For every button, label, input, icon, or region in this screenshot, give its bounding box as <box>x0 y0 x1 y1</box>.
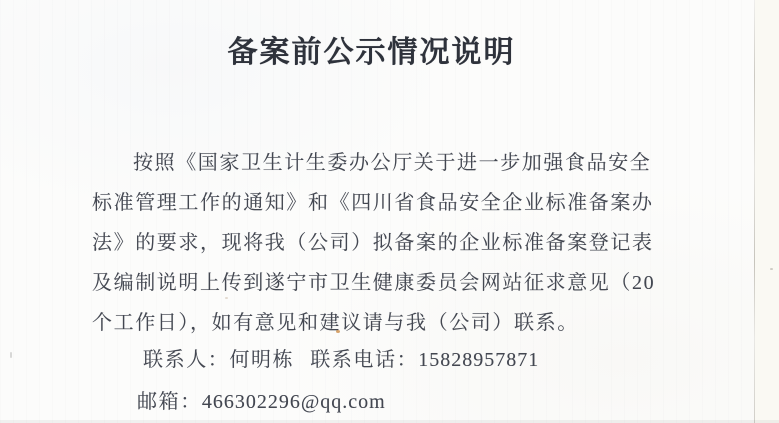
contact-phone-label: 联系电话： <box>310 349 418 371</box>
scan-speck-gray-1 <box>10 352 12 358</box>
document-title: 备案前公示情况说明 <box>0 27 761 71</box>
scan-speck-gray-3 <box>225 297 228 299</box>
paragraph-line-1: 按照《国家卫生计生委办公厅关于进一步加强食品安全 <box>133 146 651 175</box>
paragraph-line-4: 及编制说明上传到遂宁市卫生健康委员会网站征求意见（20 <box>92 266 655 295</box>
contact-phone-number: 15828957871 <box>418 349 539 371</box>
contact-person-name: 何明栋 <box>229 349 294 371</box>
email-label: 邮箱： <box>137 391 202 413</box>
contact-person-label: 联系人： <box>143 349 229 371</box>
scanned-document-page: 备案前公示情况说明 按照《国家卫生计生委办公厅关于进一步加强食品安全 标准管理工… <box>0 0 779 423</box>
paragraph-line-3: 法》的要求，现将我（公司）拟备案的企业标准备案登记表 <box>92 226 654 255</box>
paragraph-line-2: 标准管理工作的通知》和《四川省食品安全企业标准备案办 <box>92 186 654 215</box>
paragraph-line-5: 个工作日），如有意见和建议请与我（公司）联系。 <box>92 306 579 335</box>
email-address: 466302296@qq.com <box>202 391 386 413</box>
contact-line: 联系人：何明栋联系电话：15828957871 <box>143 343 539 372</box>
email-line: 邮箱：466302296@qq.com <box>137 385 386 414</box>
